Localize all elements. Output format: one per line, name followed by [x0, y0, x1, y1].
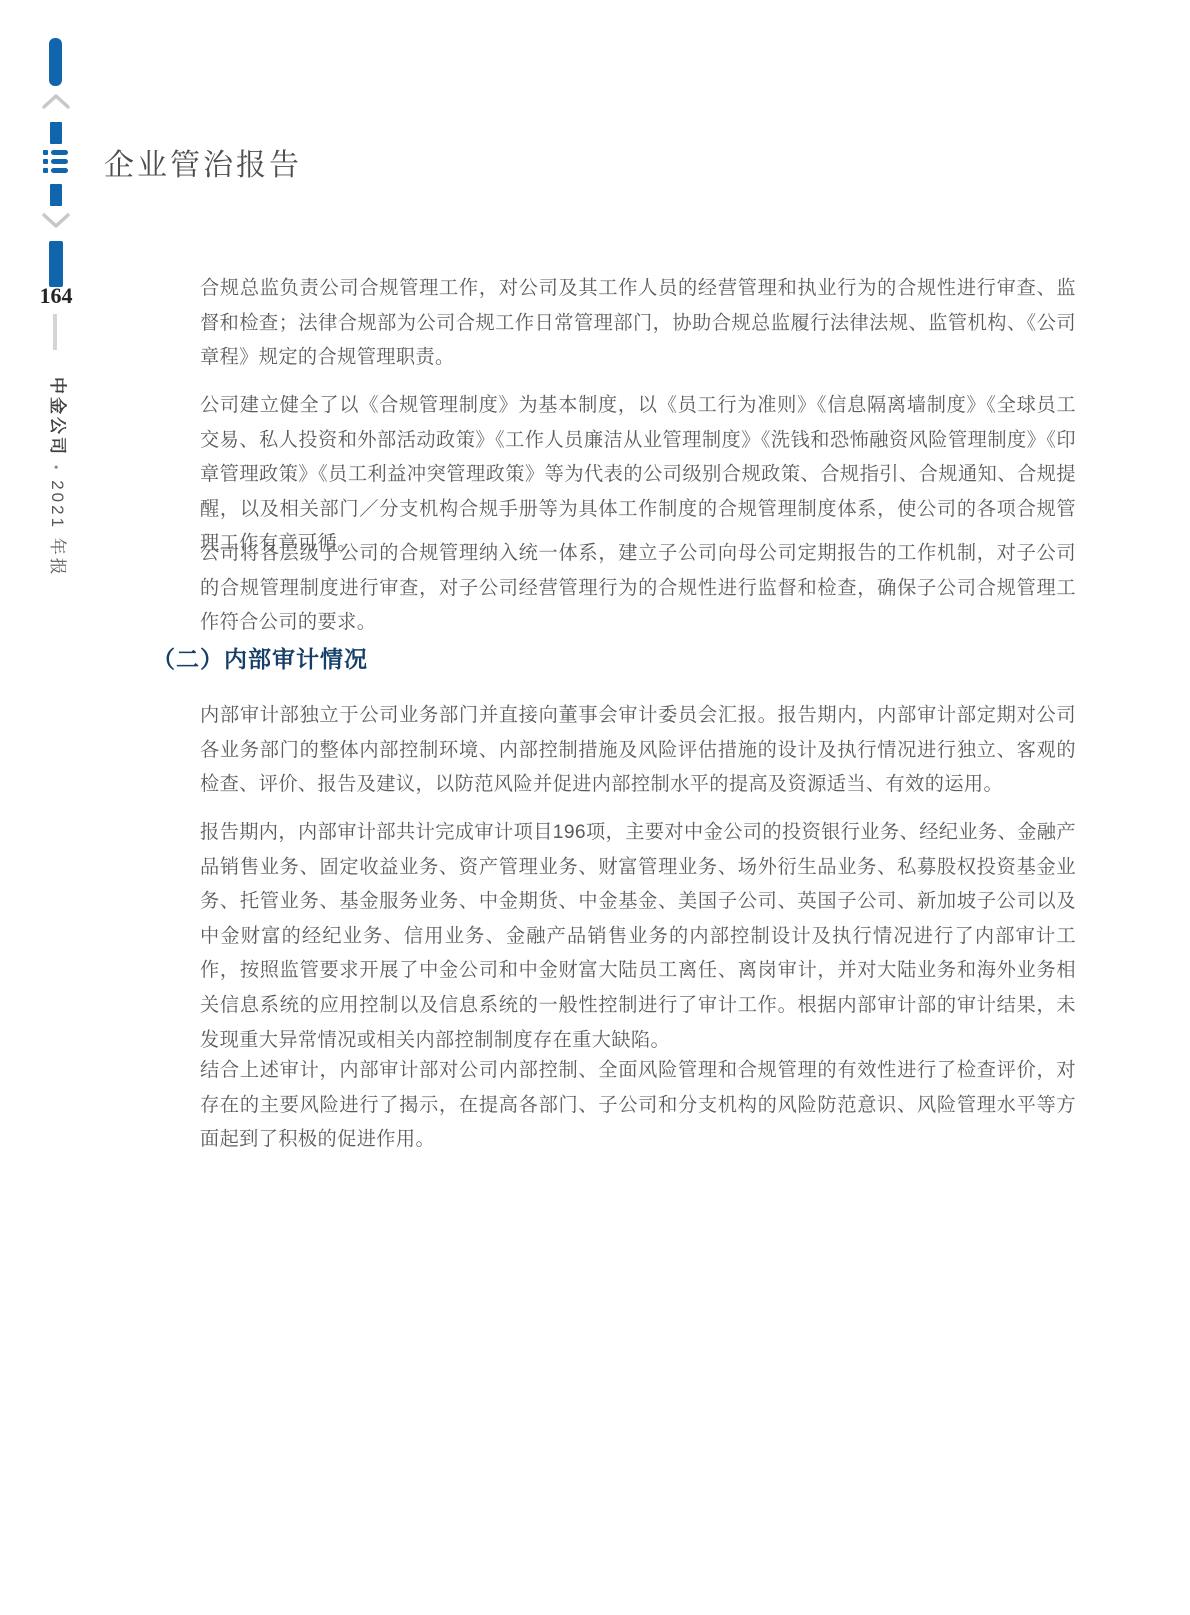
chevron-up-icon [42, 93, 70, 109]
page-number: 164 [28, 283, 84, 309]
chevron-down-icon [42, 213, 70, 229]
paragraph-audit-independence: 内部审计部独立于公司业务部门并直接向董事会审计委员会汇报。报告期内，内部审计部定… [200, 699, 1076, 803]
report-edition: 2021 年报 [48, 480, 67, 578]
top-scroll-bar [49, 38, 62, 86]
section-marker-bar [50, 122, 62, 144]
section-heading-internal-audit: （二）内部审计情况 [152, 641, 368, 674]
list-menu-icon [43, 150, 68, 177]
paragraph-audit-conclusion: 结合上述审计，内部审计部对公司内部控制、全面风险管理和合规管理的有效性进行了检查… [200, 1054, 1076, 1158]
report-page: 164 中金公司•2021 年报 企业管治报告 合规总监负责公司合规管理工作，对… [0, 0, 1190, 1615]
chapter-title: 企业管治报告 [104, 140, 302, 184]
vertical-brand-text: 中金公司•2021 年报 [46, 377, 67, 578]
page-number-divider [53, 314, 57, 350]
brand-bullet: • [49, 465, 63, 472]
bottom-scroll-bar [49, 241, 63, 287]
paragraph-subsidiary-compliance: 公司将各层级子公司的合规管理纳入统一体系，建立子公司向母公司定期报告的工作机制，… [200, 537, 1076, 641]
brand-name: 中金公司 [48, 377, 67, 457]
section-marker-bar [50, 184, 62, 206]
paragraph-compliance-director: 合规总监负责公司合规管理工作，对公司及其工作人员的经营管理和执业行为的合规性进行… [200, 272, 1076, 376]
paragraph-audit-projects: 报告期内，内部审计部共计完成审计项目196项，主要对中金公司的投资银行业务、经纪… [200, 816, 1076, 1058]
